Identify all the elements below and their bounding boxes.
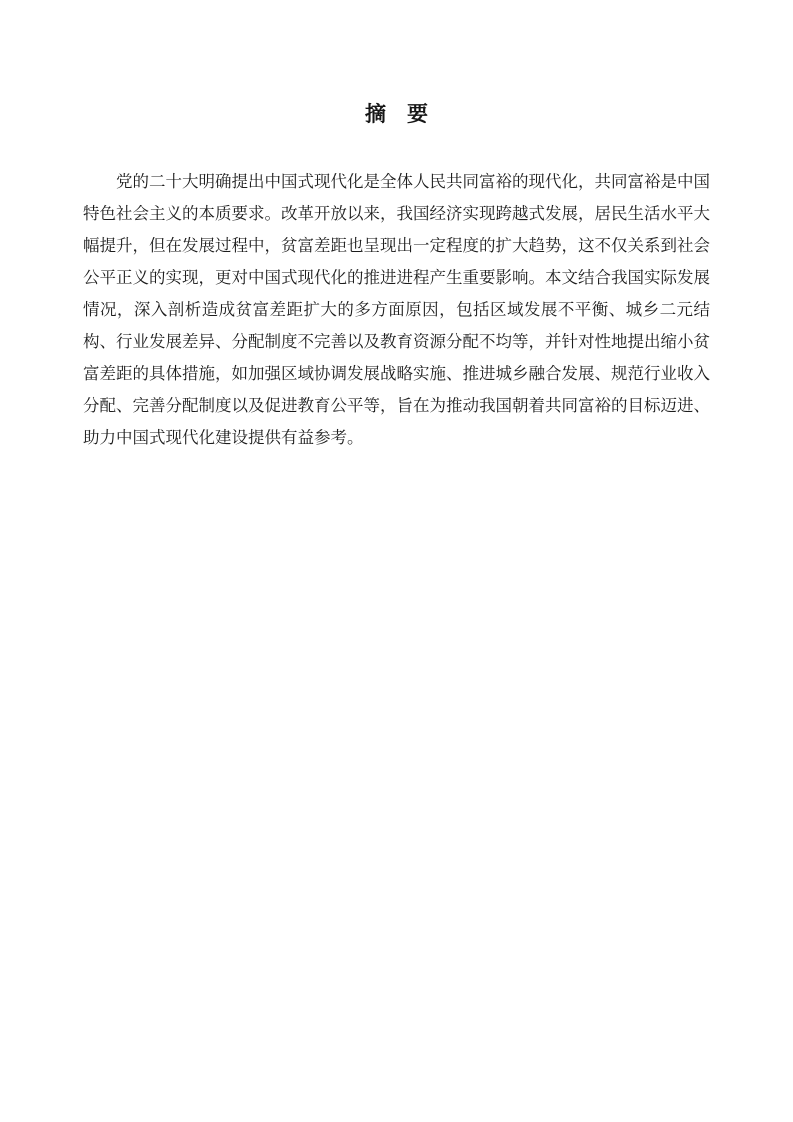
page-title: 摘 要 — [83, 100, 710, 128]
document-page: 摘 要 党的二十大明确提出中国式现代化是全体人民共同富裕的现代化，共同富裕是中国… — [0, 0, 793, 1122]
abstract-paragraph: 党的二十大明确提出中国式现代化是全体人民共同富裕的现代化，共同富裕是中国特色社会… — [83, 166, 710, 454]
page-content: 摘 要 党的二十大明确提出中国式现代化是全体人民共同富裕的现代化，共同富裕是中国… — [0, 0, 793, 454]
